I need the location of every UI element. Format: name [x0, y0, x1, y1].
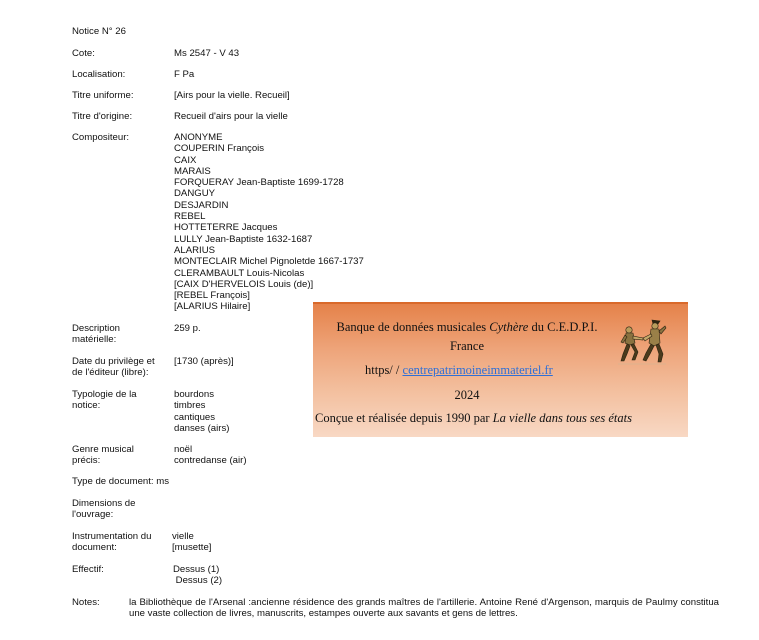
- field-value: 259 p.: [174, 323, 201, 334]
- field-label-line: Typologie de la: [72, 389, 172, 400]
- banner-credit: Conçue et réalisée depuis 1990 par La vi…: [315, 411, 632, 426]
- composer-item: DESJARDIN: [174, 200, 364, 211]
- instrumentation-item: vielle: [172, 531, 211, 542]
- field-label: Notes:: [72, 597, 100, 608]
- genre-list: noël contredanse (air): [174, 444, 247, 467]
- notice-page: Notice N° 26 Cote: Ms 2547 - V 43 Locali…: [0, 0, 759, 640]
- field-value: Recueil d'airs pour la vielle: [174, 111, 288, 122]
- banner-year: 2024: [313, 388, 621, 403]
- instrumentation-list: vielle [musette]: [172, 531, 211, 554]
- field-label-line: notice:: [72, 400, 172, 411]
- banner-website-link[interactable]: centrepatrimoineimmateriel.fr: [403, 363, 553, 377]
- banner-url-line: https/ / centrepatrimoineimmateriel.fr: [365, 363, 553, 378]
- notice-title: Notice N° 26: [72, 26, 126, 38]
- composer-item: COUPERIN François: [174, 143, 364, 154]
- field-label-line: Instrumentation du: [72, 531, 172, 542]
- field-label-line: Dimensions de: [72, 498, 172, 509]
- genre-item: contredanse (air): [174, 455, 247, 466]
- field-label: Description matérielle:: [72, 323, 172, 346]
- field-label-line: l'ouvrage:: [72, 509, 172, 520]
- composer-item: CLERAMBAULT Louis-Nicolas: [174, 268, 364, 279]
- composer-item: ALARIUS: [174, 245, 364, 256]
- field-label: Typologie de la notice:: [72, 389, 172, 412]
- banner-credit-prefix: Conçue et réalisée depuis 1990 par: [315, 411, 493, 425]
- field-value: F Pa: [174, 69, 194, 80]
- field-value: [Airs pour la vielle. Recueil]: [174, 90, 290, 101]
- field-label-line: Genre musical: [72, 444, 172, 455]
- field-label-line: document:: [72, 542, 172, 553]
- field-label-line: Description: [72, 323, 172, 334]
- cedpi-banner: Banque de données musicales Cythère du C…: [313, 302, 688, 437]
- field-label: Titre uniforme:: [72, 90, 172, 101]
- field-label: Date du privilège et de l'éditeur (libre…: [72, 356, 172, 379]
- composer-item: DANGUY: [174, 188, 364, 199]
- composer-item: CAIX: [174, 155, 364, 166]
- field-label: Cote:: [72, 48, 172, 59]
- typologie-item: timbres: [174, 400, 229, 411]
- typologie-item: cantiques: [174, 412, 229, 423]
- field-value: [1730 (après)]: [174, 356, 234, 367]
- field-label: Genre musical précis:: [72, 444, 172, 467]
- field-type-document: Type de document: ms: [72, 476, 169, 488]
- composer-item: HOTTETERRE Jacques: [174, 222, 364, 233]
- composer-item: ANONYME: [174, 132, 364, 143]
- banner-credit-italic: La vielle dans tous ses états: [493, 411, 632, 425]
- field-label: Compositeur:: [72, 132, 172, 143]
- typologie-item: danses (airs): [174, 423, 229, 434]
- composer-item: FORQUERAY Jean-Baptiste 1699-1728: [174, 177, 364, 188]
- field-label-line: de l'éditeur (libre):: [72, 367, 172, 378]
- composer-item: MONTECLAIR Michel Pignoletde 1667-1737: [174, 256, 364, 267]
- field-label: Instrumentation du document:: [72, 531, 172, 554]
- banner-title: Banque de données musicales Cythère du C…: [313, 320, 621, 335]
- effectif-list: Dessus (1) Dessus (2): [173, 564, 222, 587]
- banner-title-suffix: du C.E.D.P.I.: [528, 320, 597, 334]
- banner-title-italic: Cythère: [489, 320, 528, 334]
- banner-title-prefix: Banque de données musicales: [337, 320, 490, 334]
- composer-item: [REBEL François]: [174, 290, 364, 301]
- banner-url-prefix: https/ /: [365, 363, 403, 377]
- field-label-line: matérielle:: [72, 334, 172, 345]
- field-label: Effectif:: [72, 564, 172, 575]
- genre-item: noël: [174, 444, 247, 455]
- banner-country: France: [313, 339, 621, 354]
- composer-list: ANONYME COUPERIN François CAIX MARAIS FO…: [174, 132, 364, 313]
- dancers-engraving-icon: [616, 316, 668, 368]
- notes-text: la Bibliothèque de l'Arsenal :ancienne r…: [129, 597, 719, 620]
- field-value: Ms 2547 - V 43: [174, 48, 239, 59]
- field-label: Dimensions de l'ouvrage:: [72, 498, 172, 521]
- field-label-line: précis:: [72, 455, 172, 466]
- composer-item: LULLY Jean-Baptiste 1632-1687: [174, 234, 364, 245]
- composer-item: [CAIX D'HERVELOIS Louis (de)]: [174, 279, 364, 290]
- field-label-line: Date du privilège et: [72, 356, 172, 367]
- composer-item: MARAIS: [174, 166, 364, 177]
- typologie-item: bourdons: [174, 389, 229, 400]
- effectif-item: Dessus (1): [173, 564, 222, 575]
- field-label: Titre d'origine:: [72, 111, 172, 122]
- typologie-list: bourdons timbres cantiques danses (airs): [174, 389, 229, 434]
- effectif-item: Dessus (2): [173, 575, 222, 586]
- instrumentation-item: [musette]: [172, 542, 211, 553]
- composer-item: REBEL: [174, 211, 364, 222]
- field-label: Localisation:: [72, 69, 172, 80]
